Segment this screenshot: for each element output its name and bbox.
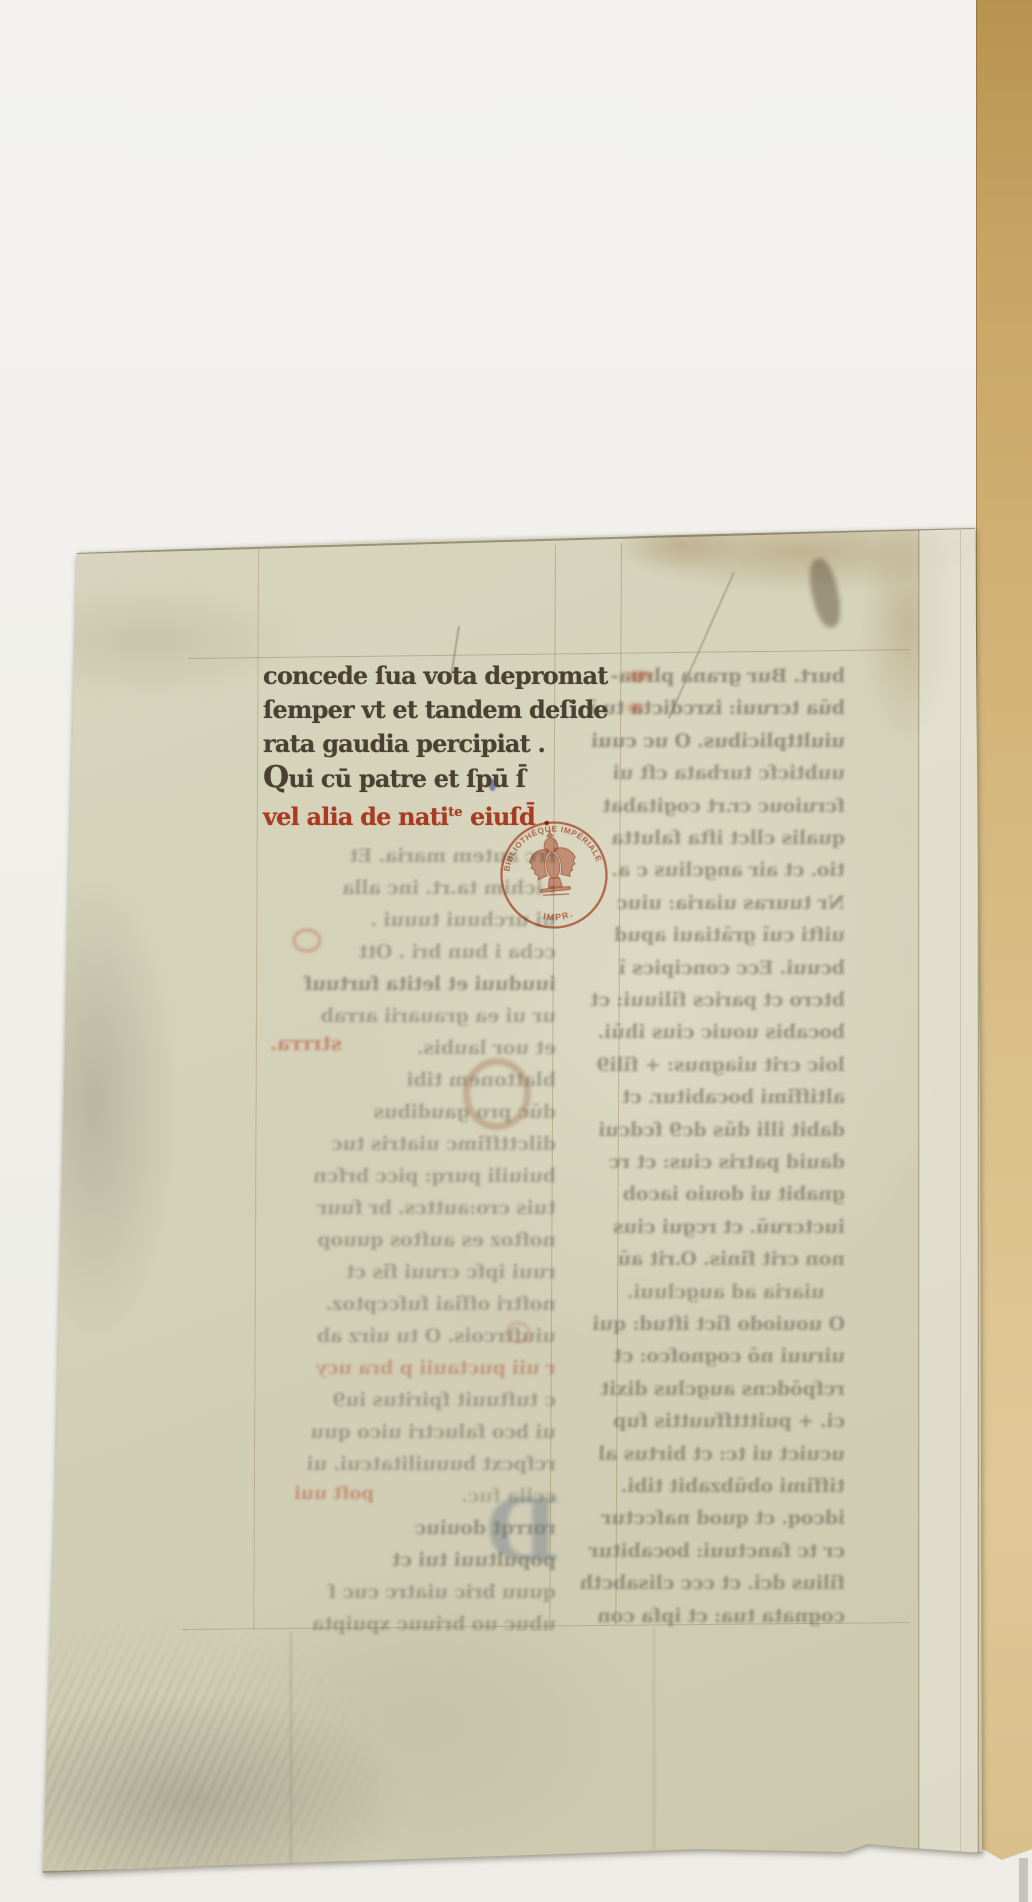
showthrough-line: ui bco faluctri uico quu [188, 1420, 556, 1444]
rubric-superscript: te [448, 805, 462, 820]
showthrough-line: ubuc uo briuuc xpuipta [188, 1612, 556, 1636]
showthrough-line: buiuili purq: picc brfcn [188, 1164, 556, 1188]
leaf-shadow: rrc autem maria. Et: ichim ta.rt. inc al… [0, 0, 1032, 1902]
showthrough-line: būa tcruui: ixrcdicta tu ī [627, 696, 845, 720]
showthrough-line: btcro ct parics filiuui: ct [627, 988, 845, 1012]
showthrough-line: ruui ipfc cruui fis ct [188, 1260, 556, 1284]
showthrough-line: bocabis uouic cius ihūi. [627, 1020, 845, 1044]
fore-edge-band [920, 528, 977, 1855]
text-line: rata gaudia percipiat . [263, 727, 575, 761]
showthrough-line: iuuduui et letita furtuuf [188, 972, 556, 996]
showthrough-line: cognata tua: ct ipfa con [627, 1604, 845, 1628]
showthrough-line: r uii puctauii p bra ucy [188, 1356, 556, 1380]
showthrough-line: uubticfc turbata cft ui [627, 761, 845, 785]
showthrough-line: noftoz es auftos quuop [188, 1228, 556, 1252]
showthrough-line: tio. ct air angclius c a. [627, 858, 845, 882]
showthrough-line: iuctcruū. ct rcgui cius [627, 1215, 845, 1239]
leaf-right-edge [978, 529, 979, 1855]
svg-text:IMPR.: IMPR. [541, 908, 575, 924]
crease-line [918, 529, 919, 1853]
ring-accent [293, 929, 321, 952]
showthrough-line: ucuict ui tc: ct birtus al [627, 1442, 845, 1466]
latin-text-block: concede ſua vota depromat ſemper vt et t… [263, 659, 575, 834]
rubric-text: vel alia de nati [263, 802, 448, 831]
showthrough-line: burt. Bur grana plrua- [627, 664, 845, 688]
showthrough-line: noftri offiai fufccptoz. [188, 1292, 556, 1316]
showthrough-line: loic crit uiagnus: + fili9 [627, 1053, 845, 1077]
bar-accent [627, 703, 644, 713]
showthrough-line: tiffimi obūbzabit tibi. [627, 1474, 845, 1498]
showthrough-line: dauid patris cius: ct rc [627, 1150, 845, 1174]
showthrough-line: fcruiouc cr.rt cogitabat [627, 794, 845, 818]
showthrough-line: filius dci. ct ccc clisabcth [627, 1571, 845, 1595]
showthrough-line: bcuui. Ecc concipics ī [627, 956, 845, 980]
text-line: ſemper vt et tandem deſide [263, 693, 575, 727]
text-line-rest: ui cū patre et ſpū ſ̄ [288, 764, 525, 793]
crease-line [960, 530, 961, 1853]
showthrough-line: gnabit ui douio iacob [627, 1182, 845, 1206]
showthrough-line: ccba i bun bri . Ott [188, 940, 556, 964]
fold-line [653, 1628, 655, 1854]
glyph-accent: D [486, 1488, 561, 1574]
showthrough-line: cr tc fanctuui: bocabitur [627, 1539, 845, 1563]
ring-accent [506, 1322, 530, 1343]
text-line: concede ſua vota depromat [263, 659, 575, 693]
showthrough-line: ci. + puitttffuuttis fup [627, 1409, 845, 1433]
showthrough-line: qualis cllct ifta falutta [627, 826, 845, 850]
rtext-accent: strrra. [270, 1031, 342, 1055]
photograph: rrc autem maria. Et: ichim ta.rt. inc al… [0, 0, 1032, 1902]
initial-q: Q [263, 760, 288, 795]
showthrough-line: tuis cro:auttcs. br fuur [188, 1196, 556, 1220]
manuscript-leaf: rrc autem maria. Et: ichim ta.rt. inc al… [0, 0, 1032, 1902]
library-stamp: BIBLIOTHÈQUE IMPÉRIALE IMPR. [490, 811, 617, 938]
showthrough-line: Nr tuuras uiaria: uiuc [627, 891, 845, 915]
bar-accent [627, 671, 651, 681]
showthrough-line: c tuftuuit fpiritus iu9 [188, 1388, 556, 1412]
showthrough-line: uifti cuī grātiaui apud [627, 923, 845, 947]
showthrough-line: quuu bric uiatrc cuc f [188, 1580, 556, 1604]
showthrough-line: O uouiodo fict iftud: qui [627, 1312, 845, 1336]
ring-accent [463, 1058, 531, 1130]
showthrough-line: rcfpcxt buuuilitatcui. ui [188, 1452, 556, 1476]
showthrough-line: dabit illi dūs dc9 fcdcui [627, 1118, 845, 1142]
showthrough-line: idcoq. ct quod nafcctur [627, 1506, 845, 1530]
showthrough-line: non crit finis. O.rit aū [627, 1247, 845, 1271]
showthrough-line: ur ui ea grauarii arrab [188, 1004, 556, 1028]
showthrough-line: rcfpōdcns augclus dixit [627, 1377, 845, 1401]
showthrough-line: uiuftrcois. O tu uirz ab [188, 1324, 556, 1348]
fold-line [290, 1632, 292, 1866]
showthrough-line: uiulttplicibus. O uc cuui [627, 729, 845, 753]
stamp-bottom-text: IMPR. [541, 908, 575, 924]
showthrough-line: uiaria ad augcluui. [627, 1280, 845, 1304]
bottom-left-smudges [40, 1620, 380, 1875]
showthrough-line: altiffimi bocabitur. ct [627, 1085, 845, 1109]
rtext-accent: poft uui [294, 1483, 374, 1504]
showthrough-line: uiruui nō cognofco: ct [627, 1344, 845, 1368]
showthrough-line: et uor laubis. [188, 1036, 556, 1060]
showthrough-line: dilcttffimc uiatris tuc [188, 1132, 556, 1156]
showthrough-right-column: burt. Bur grana plrua-būa tcruui: ixrcdi… [627, 664, 845, 1654]
text-line: Qui cū patre et ſpū ſ̄ [263, 761, 575, 796]
